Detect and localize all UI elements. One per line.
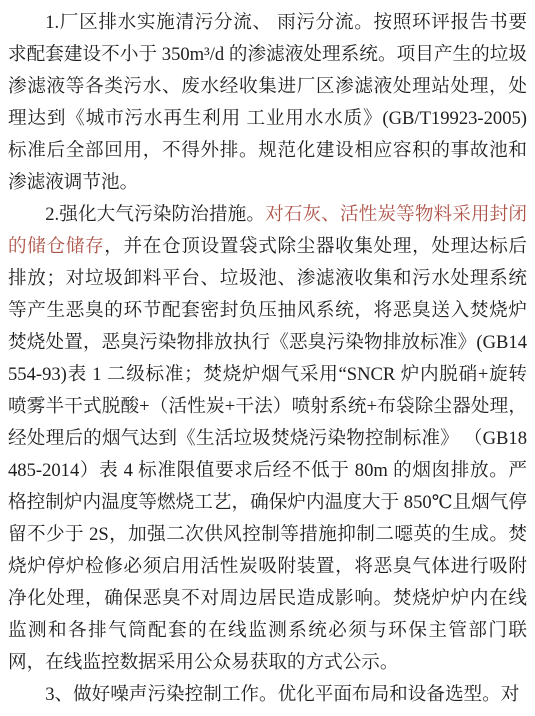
document-body: 1.厂区排水实施清污分流、 雨污分流。按照环评报告书要求配套建设不小于 350m… — [8, 7, 527, 711]
paragraph-3-noise: 3、做好噪声污染控制工作。优化平面布局和设备选型。对 — [8, 679, 527, 711]
document-page: 1.厂区排水实施清污分流、 雨污分流。按照环评报告书要求配套建设不小于 350m… — [0, 0, 535, 716]
text-segment: 1.厂区排水实施清污分流、 雨污分流。按照环评报告书要求配套建设不小于 350m… — [8, 12, 527, 193]
paragraph-2-air-pollution: 2.强化大气污染防治措施。对石灰、活性炭等物料采用封闭的储仓储存，并在仓顶设置袋… — [8, 199, 527, 679]
text-segment: 3、做好噪声污染控制工作。优化平面布局和设备选型。对 — [45, 684, 519, 705]
paragraph-1-wastewater: 1.厂区排水实施清污分流、 雨污分流。按照环评报告书要求配套建设不小于 350m… — [8, 7, 527, 199]
text-segment: 2.强化大气污染防治措施。 — [45, 204, 265, 225]
text-segment: ，并在仓顶设置袋式除尘器收集处理，处理达标后排放；对垃圾卸料平台、垃圾池、渗滤液… — [8, 236, 527, 673]
